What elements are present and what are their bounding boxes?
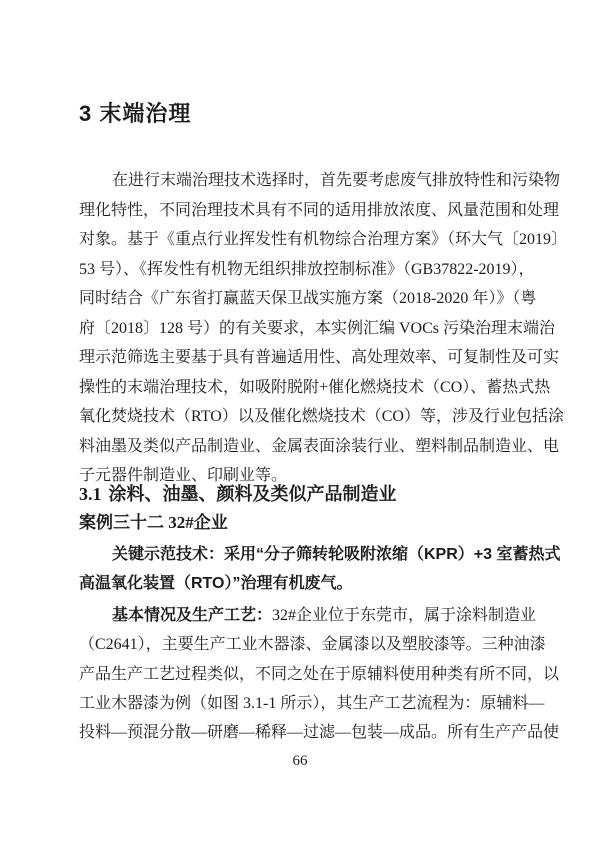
basic-info-line1-rest: 32#企业位于东莞市，属于涂料制造业: [272, 607, 536, 624]
text-line: 同时结合《广东省打赢蓝天保卫战实施方案（2018-2020 年）》（粤: [79, 284, 521, 314]
intro-paragraph: 在进行末端治理技术选择时，首先要考虑废气排放特性和污染物 理化特性，不同治理技术…: [79, 166, 521, 491]
text-line: 料油墨及类似产品制造业、金属表面涂装行业、塑料制品制造业、电: [79, 432, 521, 462]
text-line: 对象。基于《重点行业挥发性有机物综合治理方案》（环大气〔2019〕: [79, 225, 521, 255]
text-line: 操性的末端治理技术，如吸附脱附+催化燃烧技术（CO）、蓄热式热: [79, 373, 521, 403]
text-line: 53 号）、《挥发性有机物无组织排放控制标准》（GB37822-2019），: [79, 255, 521, 285]
text-line: 理示范筛选主要基于具有普遍适用性、高处理效率、可复制性及可实: [79, 343, 521, 373]
section-title: 3.1涂料、油墨、颜料及类似产品制造业: [79, 481, 397, 507]
chapter-title: 3 末端治理: [79, 99, 191, 129]
text-line: 投料—预混分散—研磨—稀释—过滤—包装—成品。所有生产产品使: [79, 718, 521, 747]
text-line: 关键示范技术：采用“分子筛转轮吸附浓缩（KPR）+3 室蓄热式: [79, 541, 521, 570]
section-title-text: 涂料、油墨、颜料及类似产品制造业: [109, 484, 397, 504]
document-page: 3 末端治理 在进行末端治理技术选择时，首先要考虑废气排放特性和污染物 理化特性…: [0, 0, 600, 848]
case-title: 案例三十二 32#企业: [79, 511, 228, 535]
basic-info-label: 基本情况及生产工艺：: [112, 607, 272, 624]
text-line: 工业木器漆为例（如图 3.1-1 所示），其生产工艺流程为：原辅料—: [79, 689, 521, 718]
text-line: 氧化焚烧技术（RTO）以及催化燃烧技术（CO）等，涉及行业包括涂: [79, 402, 521, 432]
section-number: 3.1: [79, 484, 109, 504]
text-line: 理化特性，不同治理技术具有不同的适用排放浓度、风量范围和处理: [79, 196, 521, 226]
text-line: 在进行末端治理技术选择时，首先要考虑废气排放特性和污染物: [79, 166, 521, 196]
text-line: 高温氧化装置（RTO）”治理有机废气。: [79, 570, 521, 599]
text-line: 基本情况及生产工艺：32#企业位于东莞市，属于涂料制造业: [79, 601, 521, 630]
page-number: 66: [0, 753, 600, 770]
text-line: 产品生产工艺过程类似，不同之处在于原辅料使用种类有所不同，以: [79, 660, 521, 689]
key-tech-paragraph: 关键示范技术：采用“分子筛转轮吸附浓缩（KPR）+3 室蓄热式 高温氧化装置（R…: [79, 541, 521, 598]
basic-info-paragraph: 基本情况及生产工艺：32#企业位于东莞市，属于涂料制造业 （C2641），主要生…: [79, 601, 521, 747]
text-line: 府〔2018〕128 号）的有关要求，本实例汇编 VOCs 污染治理末端治: [79, 314, 521, 344]
text-line: （C2641），主要生产工业木器漆、金属漆以及塑胶漆等。三种油漆: [79, 630, 521, 659]
